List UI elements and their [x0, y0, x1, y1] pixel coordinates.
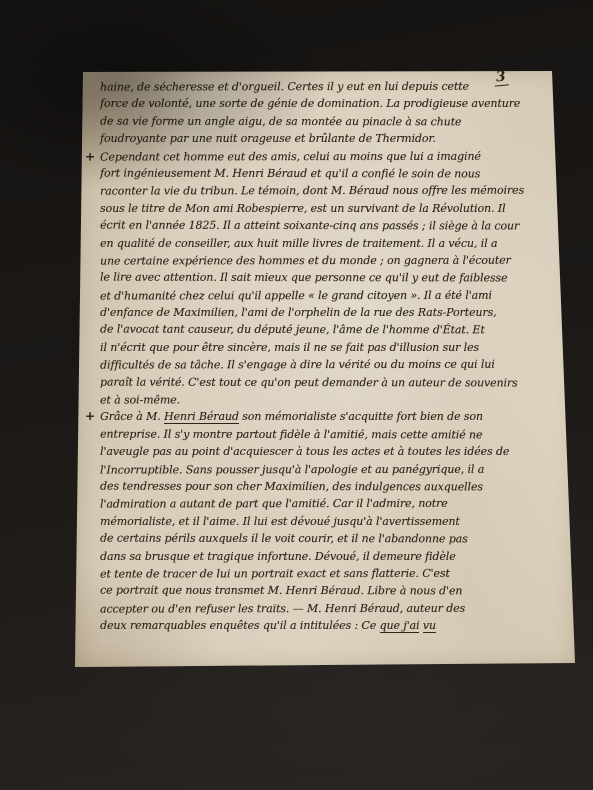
handwritten-line: +Cependant cet homme eut des amis, celui… [100, 147, 570, 165]
handwritten-line: de l'avocat tant causeur, du député jeun… [100, 321, 570, 339]
underlined-text: vu [423, 619, 436, 633]
handwritten-line: deux remarquables enquêtes qu'il a intit… [100, 617, 570, 634]
paragraph-plus-mark-icon: + [85, 408, 95, 425]
handwritten-line: de sa vie forme un angle aigu, de sa mon… [100, 112, 570, 130]
handwritten-line: force de volonté, une sorte de génie de … [100, 95, 570, 112]
handwritten-line: d'enfance de Maximilien, l'ami de l'orph… [100, 304, 570, 321]
handwritten-line: dans sa brusque et tragique infortune. D… [100, 548, 570, 565]
photo-background: 3 haine, de sécheresse et d'orgueil. Cer… [0, 0, 593, 790]
handwritten-line: l'admiration a autant de part que l'amit… [100, 495, 570, 513]
handwritten-line: l'aveugle pas au point d'acquiescer à to… [100, 443, 570, 460]
handwritten-line: et à soi-même. [100, 391, 570, 409]
handwritten-line: l'Incorruptible. Sans pousser jusqu'à l'… [100, 460, 570, 478]
handwritten-line: de certains périls auxquels il le voit c… [100, 530, 570, 548]
handwritten-line: le lire avec attention. Il sait mieux qu… [100, 269, 570, 287]
handwritten-line: +Grâce à M. Henri Béraud son mémorialist… [100, 408, 570, 425]
handwritten-line: et tente de tracer de lui un portrait ex… [100, 564, 570, 582]
handwritten-line: il n'écrit que pour être sincère, mais i… [100, 339, 570, 356]
handwritten-line: foudroyante par une nuit orageuse et brû… [100, 130, 570, 147]
underlined-text: que j'ai [380, 619, 420, 633]
handwritten-text-block: haine, de sécheresse et d'orgueil. Certe… [100, 78, 570, 635]
underlined-text: Henri Béraud [164, 410, 239, 424]
handwritten-line: difficultés de sa tâche. Il s'engage à d… [100, 356, 570, 374]
handwritten-line: une certaine expérience des hommes et du… [100, 251, 570, 269]
handwritten-line: en qualité de conseiller, aux huit mille… [100, 235, 570, 252]
handwritten-line: haine, de sécheresse et d'orgueil. Certe… [100, 78, 570, 96]
handwritten-line: ce portrait que nous transmet M. Henri B… [100, 582, 570, 600]
handwritten-line: mémorialiste, et il l'aime. Il lui est d… [100, 513, 570, 530]
handwritten-line: entreprise. Il s'y montre partout fidèle… [100, 425, 570, 443]
handwritten-line: écrit en l'année 1825. Il a atteint soix… [100, 217, 570, 235]
handwritten-line: paraît la vérité. C'est tout ce qu'on pe… [100, 373, 570, 391]
handwritten-line: fort ingénieusement M. Henri Béraud et q… [100, 164, 570, 182]
handwritten-line: raconter la vie du tribun. Le témoin, do… [100, 182, 570, 200]
paragraph-plus-mark-icon: + [85, 148, 95, 165]
manuscript-page: 3 haine, de sécheresse et d'orgueil. Cer… [70, 64, 582, 672]
handwritten-line: et d'humanité chez celui qu'il appelle «… [100, 286, 570, 304]
handwritten-line: sous le titre de Mon ami Robespierre, es… [100, 200, 570, 217]
handwritten-line: accepter ou d'en refuser les traits. — M… [100, 599, 570, 617]
handwritten-line: des tendresses pour son cher Maximilien,… [100, 477, 570, 495]
